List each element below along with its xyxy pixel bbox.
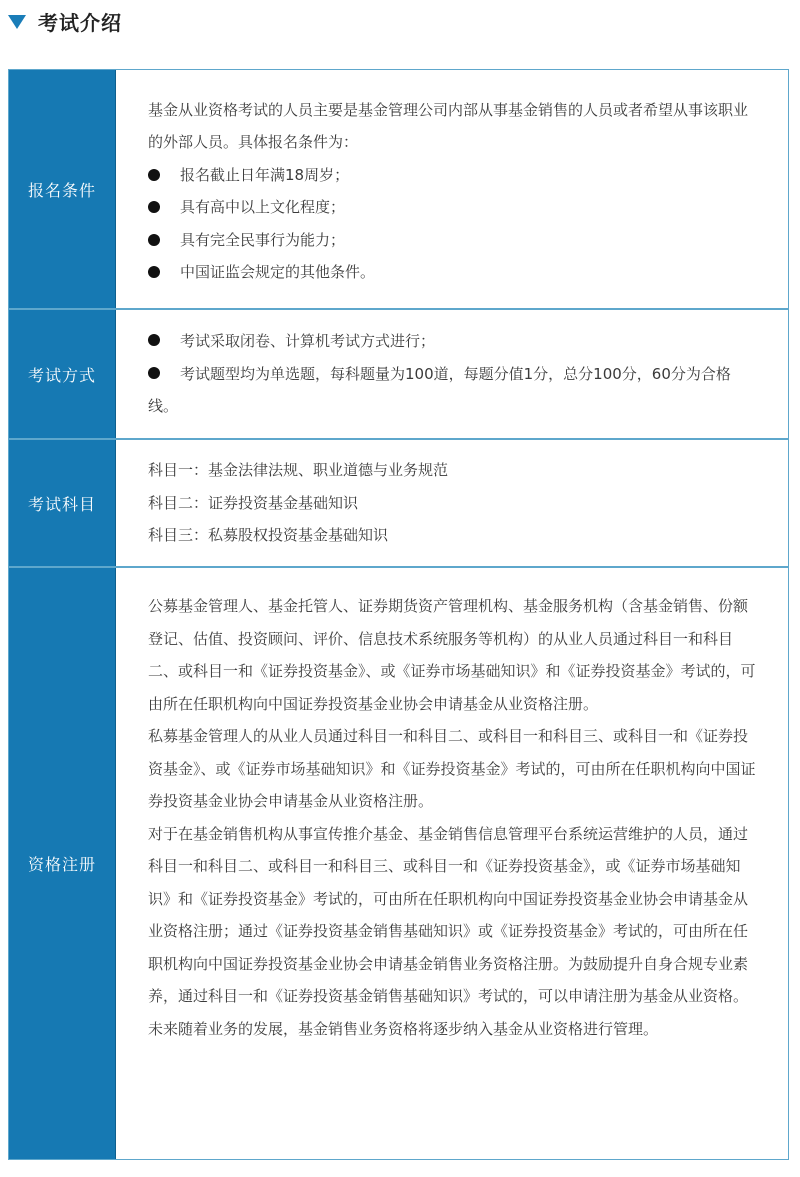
- table-row-exam-subjects: 考试科目 科目一：基金法律法规、职业道德与业务规范 科目二：证券投资基金基础知识…: [9, 438, 788, 566]
- row-label: 报名条件: [9, 70, 116, 308]
- list-item-text: 报名截止日年满18周岁；: [180, 159, 349, 192]
- paragraph: 公募基金管理人、基金托管人、证券期货资产管理机构、基金服务机构（含基金销售、份额…: [148, 590, 758, 720]
- section-heading: 考试介绍: [8, 6, 122, 36]
- list-item: 具有完全民事行为能力；: [148, 224, 758, 257]
- table-row-exam-format: 考试方式 考试采取闭卷、计算机考试方式进行； 考试题型均为单选题，每科题量为10…: [9, 308, 788, 438]
- section-title: 考试介绍: [38, 7, 122, 36]
- row-content: 科目一：基金法律法规、职业道德与业务规范 科目二：证券投资基金基础知识 科目三：…: [116, 440, 788, 566]
- row-content: 基金从业资格考试的人员主要是基金管理公司内部从事基金销售的人员或者希望从事该职业…: [116, 70, 788, 308]
- subject-line: 科目三：私募股权投资基金基础知识: [148, 519, 758, 552]
- bullet-icon: [148, 266, 160, 278]
- bullet-icon: [148, 334, 160, 346]
- list-item: 考试采取闭卷、计算机考试方式进行；: [148, 325, 758, 358]
- row-label: 考试科目: [9, 440, 116, 566]
- list-item-text: 具有完全民事行为能力；: [180, 224, 345, 257]
- list-item-text: 考试采取闭卷、计算机考试方式进行；: [180, 332, 435, 350]
- row-content: 公募基金管理人、基金托管人、证券期货资产管理机构、基金服务机构（含基金销售、份额…: [116, 568, 788, 1159]
- bullet-icon: [148, 201, 160, 213]
- bullet-icon: [148, 234, 160, 246]
- row-label: 资格注册: [9, 568, 116, 1159]
- list-item-text: 考试题型均为单选题，每科题量为100道，每题分值1分，总分100分，60分为合格…: [148, 365, 731, 416]
- list-item: 考试题型均为单选题，每科题量为100道，每题分值1分，总分100分，60分为合格…: [148, 358, 758, 423]
- list-item-text: 中国证监会规定的其他条件。: [180, 256, 375, 289]
- exam-info-table: 报名条件 基金从业资格考试的人员主要是基金管理公司内部从事基金销售的人员或者希望…: [8, 69, 789, 1160]
- bullet-icon: [148, 169, 160, 181]
- list-item: 报名截止日年满18周岁；: [148, 159, 758, 192]
- intro-text: 基金从业资格考试的人员主要是基金管理公司内部从事基金销售的人员或者希望从事该职业…: [148, 94, 758, 159]
- list-item-text: 具有高中以上文化程度；: [180, 191, 345, 224]
- paragraph: 对于在基金销售机构从事宣传推介基金、基金销售信息管理平台系统运营维护的人员，通过…: [148, 818, 758, 1046]
- table-row-registration-requirements: 报名条件 基金从业资格考试的人员主要是基金管理公司内部从事基金销售的人员或者希望…: [9, 70, 788, 308]
- row-content: 考试采取闭卷、计算机考试方式进行； 考试题型均为单选题，每科题量为100道，每题…: [116, 310, 788, 438]
- row-label: 考试方式: [9, 310, 116, 438]
- list-item: 具有高中以上文化程度；: [148, 191, 758, 224]
- table-row-qualification-registration: 资格注册 公募基金管理人、基金托管人、证券期货资产管理机构、基金服务机构（含基金…: [9, 566, 788, 1159]
- triangle-down-icon: [8, 15, 26, 29]
- subject-line: 科目一：基金法律法规、职业道德与业务规范: [148, 454, 758, 487]
- paragraph: 私募基金管理人的从业人员通过科目一和科目二、或科目一和科目三、或科目一和《证券投…: [148, 720, 758, 818]
- subject-line: 科目二：证券投资基金基础知识: [148, 487, 758, 520]
- list-item: 中国证监会规定的其他条件。: [148, 256, 758, 289]
- bullet-icon: [148, 367, 160, 379]
